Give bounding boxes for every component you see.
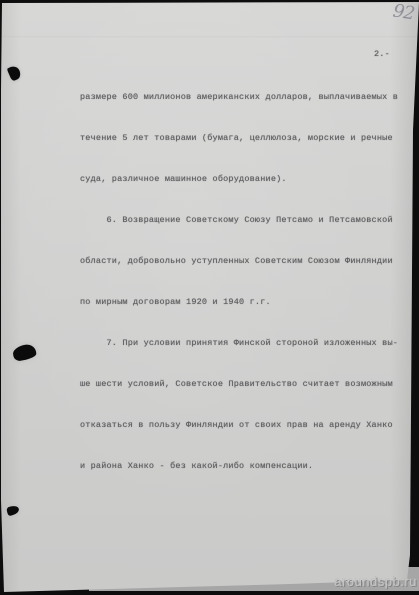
text-line-paragraph-7: 7. При условии принятия Финской стороной… [80, 333, 410, 354]
text-line: по мирным договорам 1920 и 1940 г.г. [80, 292, 410, 313]
text-line: ше шести условий, Советское Правительств… [80, 374, 410, 395]
paper-crease [0, 36, 419, 39]
typed-text-block: размере 600 миллионов американских долла… [80, 67, 410, 497]
handwritten-page-number: 92 [392, 0, 416, 24]
text-line-paragraph-6: 6. Возвращение Советскому Союзу Петсамо … [80, 210, 410, 231]
text-line: размере 600 миллионов американских долла… [80, 87, 410, 108]
text-line: и района Ханко - без какой-либо компенса… [80, 456, 410, 477]
document-scan: 92 2.- размере 600 миллионов американски… [0, 0, 419, 595]
site-watermark: aroundspb.ru [334, 574, 417, 589]
text-line: области, добровольно уступленных Советск… [80, 251, 410, 272]
paper-sheet: 92 2.- размере 600 миллионов американски… [0, 0, 419, 595]
text-line: течение 5 лет товарами (бумага, целлюлоз… [80, 128, 410, 149]
typed-page-number: 2.- [374, 49, 390, 59]
text-line: отказаться в пользу Финляндии от своих п… [80, 415, 410, 436]
text-line: суда, различное машинное оборудование). [80, 169, 410, 190]
